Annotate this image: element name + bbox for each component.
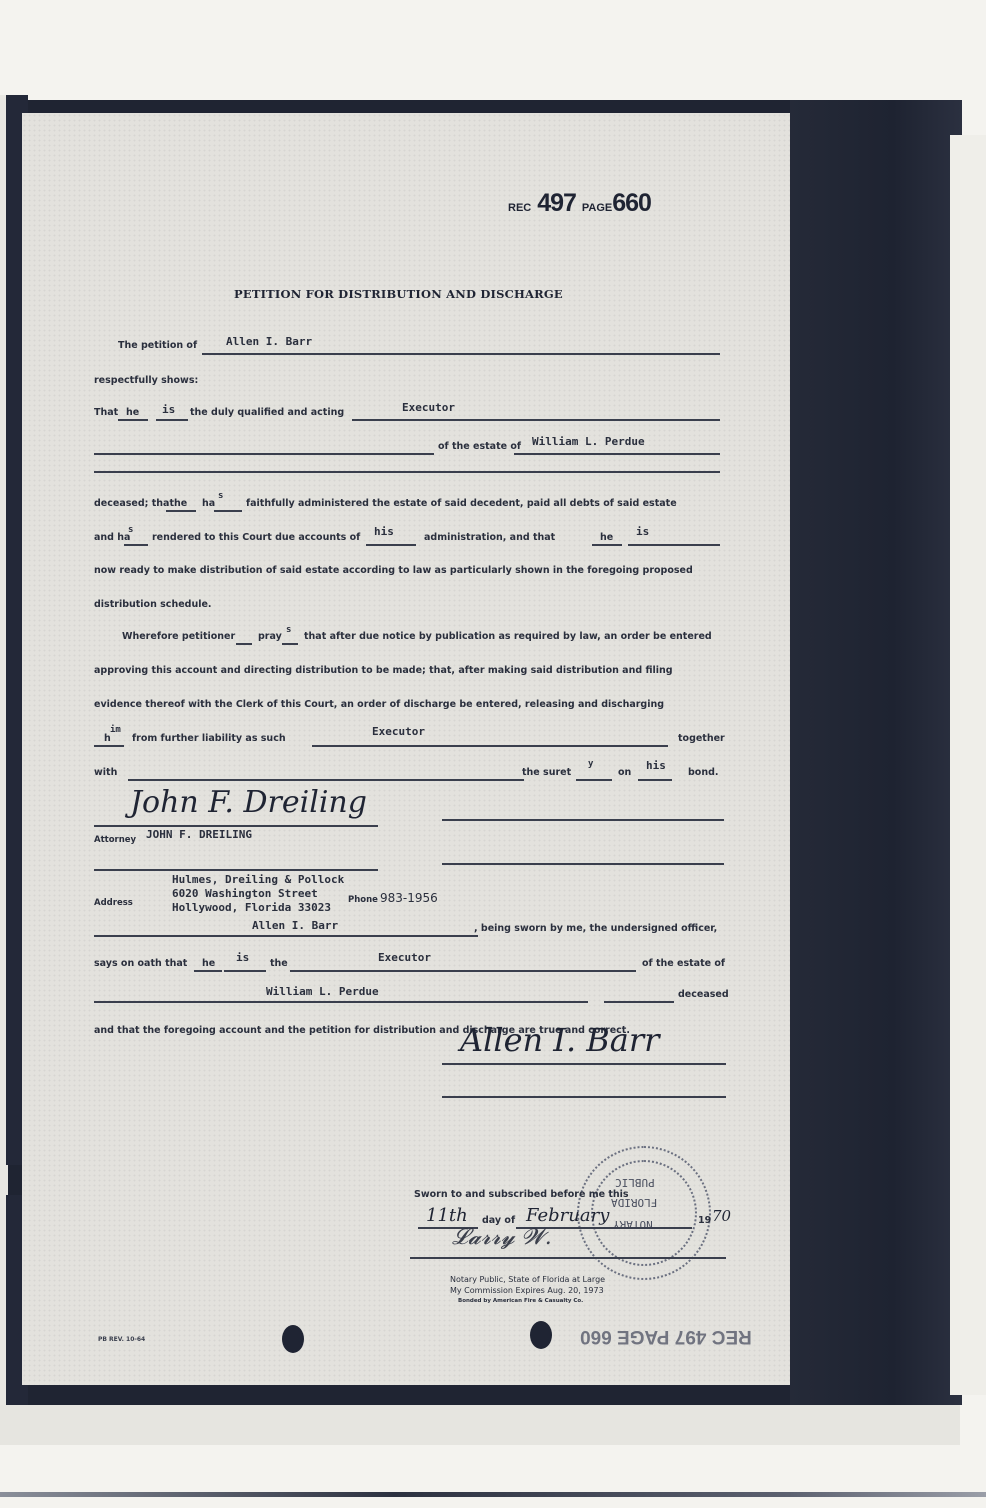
form-number: PB REV. 10-64: [98, 1336, 145, 1343]
blank-line-2: [94, 471, 720, 473]
his-fill: his: [374, 525, 394, 538]
punch-hole-left: [282, 1325, 304, 1353]
para2-line2-c: administration, and that: [424, 532, 555, 543]
pray-label: pray: [258, 631, 282, 642]
para3-line1-a: Wherefore petitioner: [122, 631, 235, 642]
petitioner-second-line: [442, 1096, 726, 1098]
notary-line-3: Bonded by American Fire & Casualty Co.: [458, 1298, 583, 1304]
petitioner-signature: Allen I. Barr: [460, 1021, 659, 1059]
book-page-reference: REC 497 PAGE660: [508, 189, 651, 218]
such-role-fill: Executor: [372, 725, 425, 738]
sworn-text: , being sworn by me, the undersigned off…: [474, 923, 717, 934]
role-fill: Executor: [402, 401, 455, 414]
him-line: [94, 745, 124, 747]
para2-pronoun: he: [174, 498, 187, 509]
para2-line1-b: faithfully administered the estate of sa…: [246, 498, 677, 509]
pronoun-fill: he: [126, 407, 139, 418]
role-line: [352, 419, 720, 421]
oath-decedent-line: [94, 1001, 588, 1003]
punch-hole-right: [530, 1321, 552, 1349]
para2-line2-b: rendered to this Court due accounts of: [152, 532, 360, 543]
notary-year-prefix: 19: [698, 1215, 711, 1226]
document-title: PETITION FOR DISTRIBUTION AND DISCHARGE: [234, 287, 563, 301]
attorney-name: JOHN F. DREILING: [146, 828, 252, 841]
pray-fill: s: [286, 625, 291, 635]
attorney-firm: Hulmes, Dreiling & Pollock: [172, 873, 344, 886]
oath-is-fill: is: [236, 951, 249, 964]
attorney-label: Attorney: [94, 835, 136, 845]
para2-is-line: [628, 544, 720, 546]
blank-right-line-2: [442, 863, 724, 865]
him-fill: im: [110, 725, 121, 735]
his-line: [366, 544, 416, 546]
petitioner-plural-line: [236, 643, 252, 645]
scan-dark-strip: [790, 100, 962, 1405]
notary-month: February: [526, 1205, 609, 1226]
petitioner-line: [202, 353, 720, 355]
attorney-street: 6020 Washington Street: [172, 887, 318, 900]
bond-his-fill: his: [646, 759, 666, 772]
attorney-address-top-line: [94, 869, 378, 871]
notary-signature-line: [410, 1257, 726, 1259]
affiant-name: Allen I. Barr: [252, 919, 338, 932]
para2-has-fill: s: [218, 491, 223, 501]
notary-line-2: My Commission Expires Aug. 20, 1973: [450, 1286, 604, 1295]
deceased-label: deceased: [678, 989, 729, 1000]
notary-day: 11th: [426, 1205, 468, 1226]
attorney-city: Hollywood, Florida 33023: [172, 901, 331, 914]
attorney-signature-line: [94, 825, 378, 827]
bond-label: bond.: [688, 767, 719, 778]
such-role-line: [312, 745, 668, 747]
para2-line2-fill: s: [128, 525, 133, 535]
para2-pronoun2: he: [600, 532, 613, 543]
deceased-line: [604, 1001, 674, 1003]
decedent-fill: William L. Perdue: [532, 435, 645, 448]
para2-pronoun2-line: [592, 544, 622, 546]
attorney-signature: John F. Dreiling: [130, 785, 367, 820]
says-on-oath-label: says on oath that: [94, 958, 187, 969]
page-number: 660: [612, 189, 651, 217]
para2-line3: now ready to make distribution of said e…: [94, 565, 693, 576]
seal-text-public: PUBLIC: [615, 1176, 655, 1189]
para2-line2-a: and ha: [94, 532, 130, 543]
oath-pronoun: he: [202, 958, 215, 969]
mirrored-book-reference: REC 497 PAGE 660: [580, 1325, 752, 1347]
oath-role: Executor: [378, 951, 431, 964]
blank-line-1: [94, 453, 434, 455]
verb-fill: is: [162, 403, 175, 416]
surety-name-line: [128, 779, 524, 781]
para3-line1-b: that after due notice by publication as …: [304, 631, 712, 642]
surety-fill: y: [588, 759, 593, 769]
para2-pronoun-line: [166, 510, 196, 512]
notary-sworn-label: Sworn to and subscribed before me this: [414, 1189, 629, 1200]
qualified-text: the duly qualified and acting: [190, 407, 344, 418]
book-number: 497: [537, 189, 576, 217]
para2-has: ha: [202, 498, 215, 509]
para2-line2-line: [124, 544, 148, 546]
para2-has-line: [214, 510, 242, 512]
that-label: That: [94, 407, 118, 418]
pray-line: [282, 643, 298, 645]
verb-line: [156, 419, 188, 421]
on-label: on: [618, 767, 631, 778]
decedent-line: [514, 453, 720, 455]
oath-role-line: [290, 970, 636, 972]
notary-year: 70: [712, 1207, 731, 1225]
blank-right-line-1: [442, 819, 724, 821]
affiant-line: [94, 935, 478, 937]
petition-of-label: The petition of: [118, 340, 197, 351]
scan-bottom-band: [0, 1405, 960, 1445]
book-prefix: REC: [508, 202, 531, 214]
surety-line: [576, 779, 612, 781]
document-page: REC 497 PAGE660 PETITION FOR DISTRIBUTIO…: [22, 113, 790, 1385]
para3-line2: approving this account and directing dis…: [94, 665, 673, 676]
para2-line4: distribution schedule.: [94, 599, 212, 610]
together-label: together: [678, 733, 725, 744]
oath-decedent: William L. Perdue: [266, 985, 379, 998]
notary-signature: 𝓛𝓪𝓻𝓻𝔂 𝓦.: [452, 1225, 552, 1250]
para3-line3: evidence thereof with the Clerk of this …: [94, 699, 664, 710]
notary-line-1: Notary Public, State of Florida at Large: [450, 1275, 605, 1284]
seal-text-notary: NOTARY: [613, 1218, 653, 1231]
oath-is-line: [224, 970, 266, 972]
with-label: with: [94, 767, 117, 778]
estate-of-label: of the estate of: [438, 441, 521, 452]
surety-label: the suret: [522, 767, 571, 778]
para3-line4-a: from further liability as such: [132, 733, 286, 744]
phone-label: Phone: [348, 895, 378, 905]
oath-estate-of: of the estate of: [642, 958, 725, 969]
pronoun-line: [118, 419, 148, 421]
bond-his-line: [638, 779, 672, 781]
page-label: PAGE: [582, 202, 612, 214]
oath-pronoun-line: [194, 970, 222, 972]
scan-bottom-rule: [0, 1492, 986, 1497]
address-label: Address: [94, 898, 133, 908]
petitioner-signature-line: [442, 1063, 726, 1065]
respectfully-shows: respectfully shows:: [94, 375, 198, 386]
para2-line1-a: deceased; that: [94, 498, 174, 509]
the-label: the: [270, 958, 288, 969]
petitioner-name: Allen I. Barr: [226, 335, 312, 348]
attorney-phone: 983-1956: [380, 891, 438, 905]
scan-right-margin: [950, 135, 986, 1395]
para2-is-fill: is: [636, 525, 649, 538]
